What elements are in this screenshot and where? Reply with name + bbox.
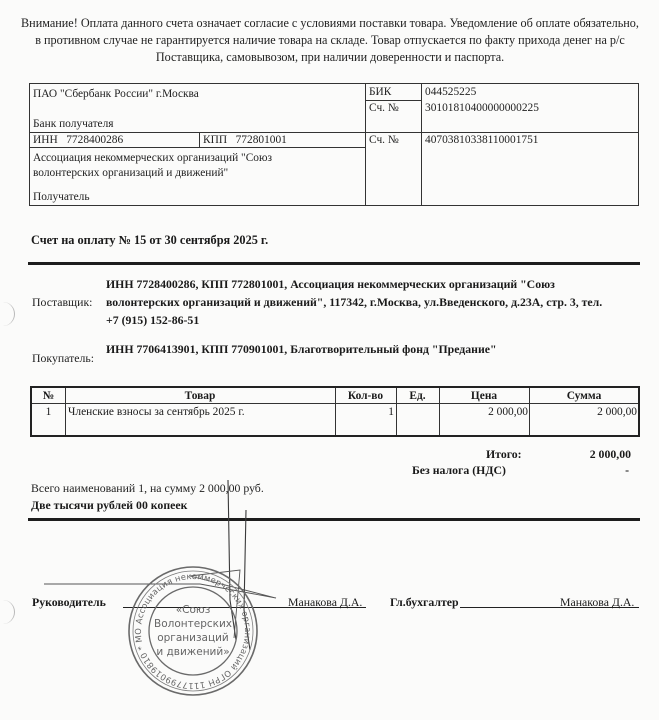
col-header-item: Товар xyxy=(65,389,335,403)
corr-account-label: Сч. № xyxy=(366,101,399,115)
vat-label: Без налога (НДС) xyxy=(412,463,506,478)
row-item-name: Членские взносы за сентябрь 2025 г. xyxy=(68,405,333,419)
inn-label-text: ИНН xyxy=(33,134,58,146)
col-header-sum: Сумма xyxy=(529,389,639,403)
divider xyxy=(28,262,640,265)
buyer-label: Покупатель: xyxy=(32,351,94,366)
accountant-name: Манакова Д.А. xyxy=(560,595,634,610)
total-value: 2 000,00 xyxy=(590,447,631,462)
stamp-line4: и движений» xyxy=(156,646,229,658)
total-label: Итого: xyxy=(486,447,522,462)
punch-hole-bottom xyxy=(0,600,15,624)
col-header-qty: Кол-во xyxy=(335,389,396,403)
stamp-line3: организаций xyxy=(157,632,229,644)
col-header-num: № xyxy=(32,389,65,403)
corr-account-value: 30101810400000000225 xyxy=(422,101,539,115)
row-sum: 2 000,00 xyxy=(529,405,637,419)
recipient-label: Получатель xyxy=(30,190,90,204)
kpp-value: 772801001 xyxy=(236,134,287,146)
row-price: 2 000,00 xyxy=(439,405,528,419)
account-label: Сч. № xyxy=(366,133,399,147)
kpp-label-text: КПП xyxy=(203,134,227,146)
kpp-label: КПП 772801001 xyxy=(200,133,287,147)
bik-label: БИК xyxy=(366,85,391,99)
vat-value: - xyxy=(625,463,629,478)
account-value: 40703810338110001751 xyxy=(422,133,538,147)
items-table: № Товар Кол-во Ед. Цена Сумма 1 Членские… xyxy=(30,386,640,437)
supplier-line2: волонтерских организаций и движений", 11… xyxy=(106,293,602,311)
col-header-unit: Ед. xyxy=(396,389,439,403)
payment-notice: Внимание! Оплата данного счета означает … xyxy=(20,15,640,66)
supplier-line1: ИНН 7728400286, КПП 772801001, Ассоциаци… xyxy=(106,275,555,293)
recipient-name-line2: волонтерских организаций и движений" xyxy=(30,166,228,180)
bank-name: ПАО "Сбербанк России" г.Москва xyxy=(30,87,199,101)
recipient-name-line1: Ассоциация некоммерческих организаций "С… xyxy=(30,151,272,165)
inn-value: 7728400286 xyxy=(66,134,123,146)
stamp-line2: Волонтерских xyxy=(154,618,232,630)
supplier-line3: +7 (915) 152-86-51 xyxy=(106,311,199,329)
col-header-price: Цена xyxy=(439,389,529,403)
invoice-title: Счет на оплату № 15 от 30 сентября 2025 … xyxy=(31,233,268,248)
row-qty: 1 xyxy=(335,405,394,419)
organization-stamp: Ассоциация некоммерческих организаций ОГ… xyxy=(127,565,259,697)
bank-details-table: ПАО "Сбербанк России" г.Москва Банк полу… xyxy=(29,83,639,206)
bik-value: 044525225 xyxy=(422,85,476,99)
punch-hole-top xyxy=(0,302,15,326)
row-num: 1 xyxy=(32,405,65,419)
buyer-text: ИНН 7706413901, КПП 770901001, Благотвор… xyxy=(106,340,497,358)
supplier-label: Поставщик: xyxy=(32,295,92,310)
accountant-label: Гл.бухгалтер xyxy=(390,595,459,610)
inn-label: ИНН 7728400286 xyxy=(30,133,123,147)
stamp-line1: «Союз xyxy=(176,604,211,616)
bank-label: Банк получателя xyxy=(30,117,114,131)
